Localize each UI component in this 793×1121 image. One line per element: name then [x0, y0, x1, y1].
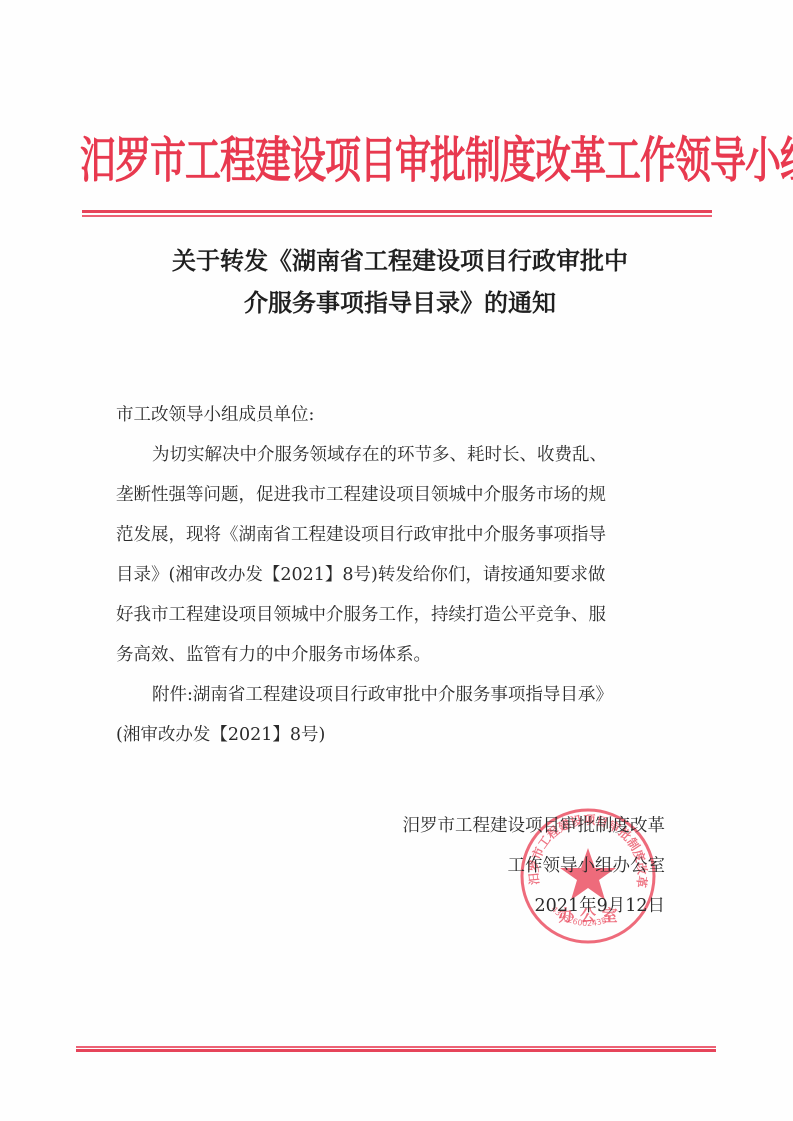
document-body: 市工改领导小组成员单位: 为切实解决中介服务领域存在的环节多、耗时长、收费乱、 … — [116, 395, 686, 755]
issuing-office-header: 汨罗市工程建设项目审批制度改革工作领导小组办公室 — [80, 114, 720, 209]
thin-line — [76, 1046, 716, 1048]
paragraph-line: 为切实解决中介服务领域存在的环节多、耗时长、收费乱、 — [116, 435, 686, 475]
thin-line — [82, 215, 712, 217]
title-line-1: 关于转发《湖南省工程建设项目行政审批中 — [100, 240, 700, 282]
document-title: 关于转发《湖南省工程建设项目行政审批中 介服务事项指导目录》的通知 — [100, 240, 700, 324]
signature-office-line-1: 汨罗市工程建设项目审批制度改革 — [325, 806, 665, 846]
paragraph-line: 范发展，现将《湖南省工程建设项目行政审批中介服务事项指导 — [116, 515, 686, 555]
signature-office-line-2: 工作领导小组办公室 — [325, 846, 665, 886]
paragraph-line: 好我市工程建设项目领城中介服务工作，持续打造公平竞争、服 — [116, 595, 686, 635]
paragraph-line: 务高效、监管有力的中介服务市场体系。 — [116, 635, 686, 675]
document-page: 汨罗市工程建设项目审批制度改革工作领导小组办公室 关于转发《湖南省工程建设项目行… — [0, 0, 793, 1121]
title-line-2: 介服务事项指导目录》的通知 — [100, 282, 700, 324]
signature-date: 2021年9月12日 — [325, 886, 665, 926]
signature-block: 汨罗市工程建设项目审批制度改革 工作领导小组办公室 2021年9月12日 — [325, 806, 665, 926]
thick-line — [76, 1049, 716, 1052]
thick-line — [82, 210, 712, 213]
addressee: 市工改领导小组成员单位: — [116, 395, 686, 435]
attachment-line: (湘审改办发【2021】8号) — [116, 715, 686, 755]
header-red-rule — [82, 210, 712, 218]
paragraph-line: 目录》(湘审改办发【2021】8号)转发给你们，请按通知要求做 — [116, 555, 686, 595]
footer-red-rule — [76, 1046, 716, 1054]
paragraph-line: 垄断性强等问题，促进我市工程建设项目领城中介服务市场的规 — [116, 475, 686, 515]
attachment-line: 附件:湖南省工程建设项目行政审批中介服务事项指导目承》 — [116, 675, 686, 715]
